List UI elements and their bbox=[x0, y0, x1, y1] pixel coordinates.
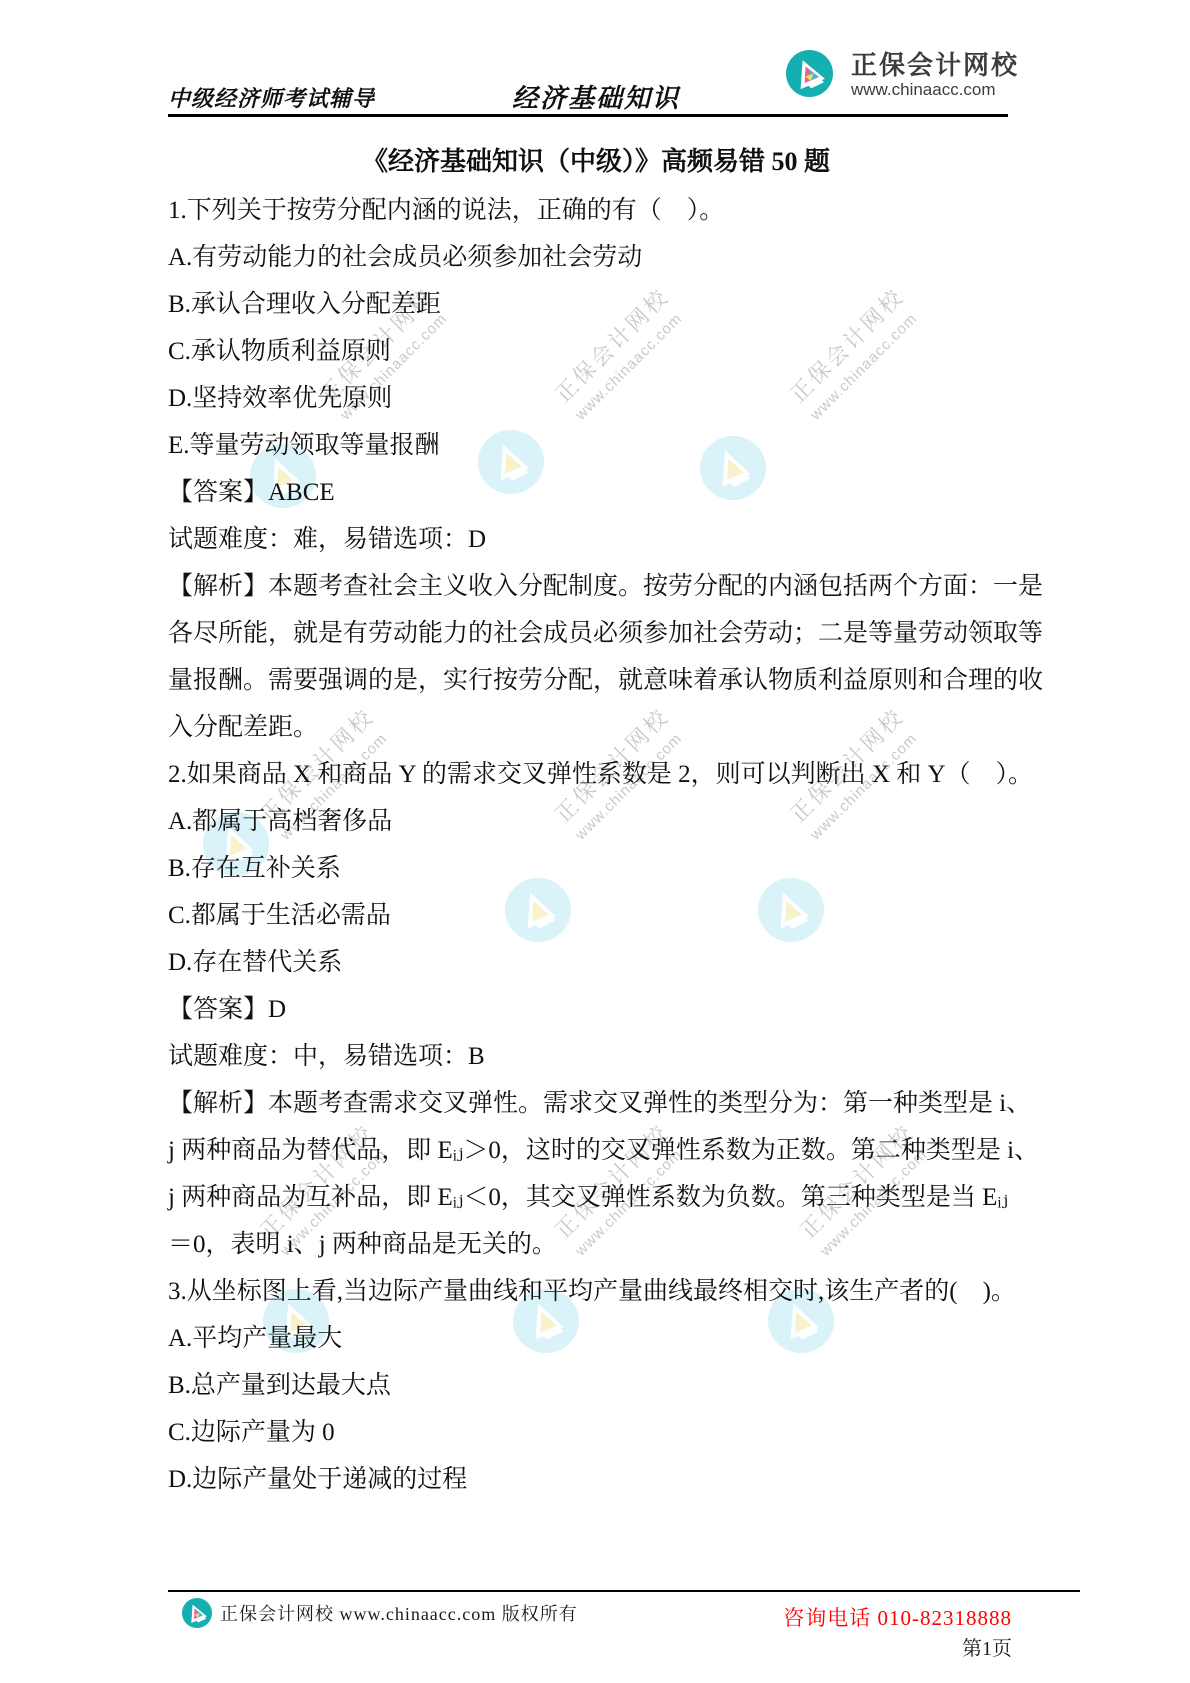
brand-logo-icon bbox=[786, 50, 833, 97]
question-option: C.边际产量为 0 bbox=[168, 1409, 1026, 1456]
question-stem: 3.从坐标图上看,当边际产量曲线和平均产量曲线最终相交时,该生产者的( )。 bbox=[168, 1268, 1026, 1315]
document-title: 《经济基础知识（中级）》高频易错 50 题 bbox=[168, 141, 1024, 178]
question-content: 1.下列关于按劳分配内涵的说法，正确的有（ ）。A.有劳动能力的社会成员必须参加… bbox=[168, 187, 1026, 1503]
page-number: 第1页 bbox=[168, 1632, 1012, 1661]
question-difficulty: 试题难度：难，易错选项：D bbox=[168, 516, 1026, 563]
question-option: C.都属于生活必需品 bbox=[168, 892, 1026, 939]
question-analysis-line: 各尽所能，就是有劳动能力的社会成员必须参加社会劳动；二是等量劳动领取等 bbox=[168, 610, 1026, 657]
question-option: A.都属于高档奢侈品 bbox=[168, 798, 1026, 845]
document-page: 正保会计网校www.chinaacc.com正保会计网校www.chinaacc… bbox=[0, 0, 1190, 1683]
question-analysis-line: ＝0，表明 i、j 两种商品是无关的。 bbox=[168, 1221, 1026, 1268]
question-option: A.平均产量最大 bbox=[168, 1315, 1026, 1362]
question-stem: 1.下列关于按劳分配内涵的说法，正确的有（ ）。 bbox=[168, 187, 1026, 234]
question-option: E.等量劳动领取等量报酬 bbox=[168, 422, 1026, 469]
brand-text-block: 正保会计网校 www.chinaacc.com bbox=[851, 50, 1019, 100]
question-analysis-line: 入分配差距。 bbox=[168, 704, 1026, 751]
question-analysis-line: j 两种商品为互补品，即 Eᵢⱼ＜0，其交叉弹性系数为负数。第三种类型是当 Eᵢ… bbox=[168, 1174, 1026, 1221]
question-option: A.有劳动能力的社会成员必须参加社会劳动 bbox=[168, 234, 1026, 281]
footer-phone: 咨询电话 010-82318888 bbox=[168, 1602, 1012, 1632]
question-analysis-line: j 两种商品为替代品，即 Eᵢⱼ＞0，这时的交叉弹性系数为正数。第二种类型是 i… bbox=[168, 1127, 1026, 1174]
brand-name: 正保会计网校 bbox=[851, 50, 1019, 80]
question-option: C.承认物质利益原则 bbox=[168, 328, 1026, 375]
header-divider bbox=[168, 114, 1008, 117]
question-option: D.边际产量处于递减的过程 bbox=[168, 1456, 1026, 1503]
question-option: B.总产量到达最大点 bbox=[168, 1362, 1026, 1409]
header-brand: 正保会计网校 www.chinaacc.com bbox=[786, 50, 1019, 100]
question-stem: 2.如果商品 X 和商品 Y 的需求交叉弹性系数是 2，则可以判断出 X 和 Y… bbox=[168, 751, 1026, 798]
question-analysis-line: 【解析】本题考查需求交叉弹性。需求交叉弹性的类型分为：第一种类型是 i、 bbox=[168, 1080, 1026, 1127]
question-difficulty: 试题难度：中，易错选项：B bbox=[168, 1033, 1026, 1080]
question-option: D.存在替代关系 bbox=[168, 939, 1026, 986]
question-answer: 【答案】D bbox=[168, 986, 1026, 1033]
question-option: B.承认合理收入分配差距 bbox=[168, 281, 1026, 328]
footer-divider bbox=[168, 1590, 1080, 1592]
question-answer: 【答案】ABCE bbox=[168, 469, 1026, 516]
question-analysis-line: 【解析】本题考查社会主义收入分配制度。按劳分配的内涵包括两个方面：一是 bbox=[168, 563, 1026, 610]
brand-url: www.chinaacc.com bbox=[851, 80, 1019, 100]
question-analysis-line: 量报酬。需要强调的是，实行按劳分配，就意味着承认物质利益原则和合理的收 bbox=[168, 657, 1026, 704]
question-option: B.存在互补关系 bbox=[168, 845, 1026, 892]
question-option: D.坚持效率优先原则 bbox=[168, 375, 1026, 422]
